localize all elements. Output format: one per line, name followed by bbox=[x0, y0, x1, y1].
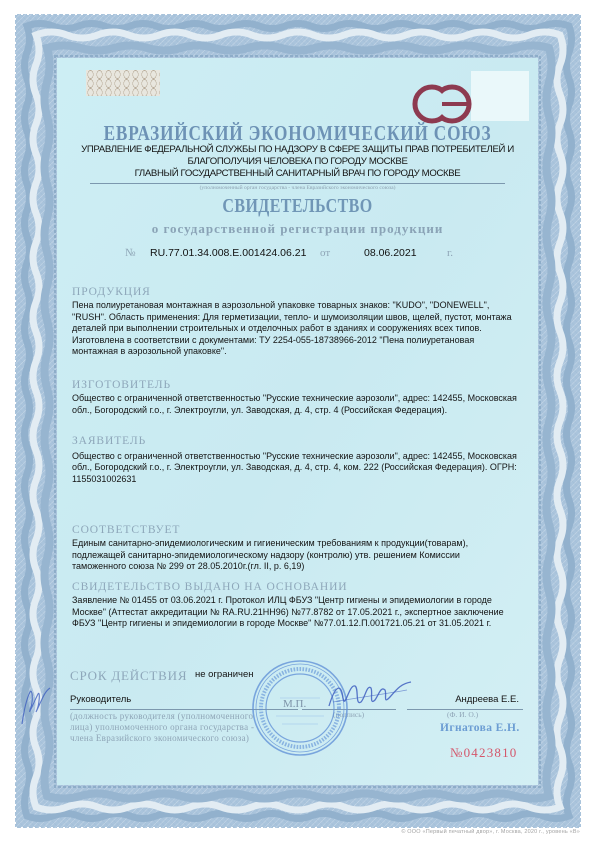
section-manufacturer: ИЗГОТОВИТЕЛЬ Общество с ограниченной отв… bbox=[72, 379, 517, 417]
section-body: Общество с ограниченной ответственностью… bbox=[72, 393, 517, 416]
certificate-page: ЕВРАЗИЙСКИЙ ЭКОНОМИЧЕСКИЙ СОЮЗ УПРАВЛЕНИ… bbox=[0, 0, 596, 842]
authority-caption: (уполномоченный орган государства - член… bbox=[57, 185, 538, 192]
seal-label: М.П. bbox=[283, 698, 306, 711]
section-heading: СВИДЕТЕЛЬСТВО ВЫДАНО НА ОСНОВАНИИ bbox=[72, 581, 504, 594]
authority-line: ГЛАВНЫЙ ГОСУДАРСТВЕННЫЙ САНИТАРНЫЙ ВРАЧ … bbox=[57, 168, 538, 180]
role-caption-line: члена Евразийского экономического союза) bbox=[70, 733, 254, 744]
authority-line: УПРАВЛЕНИЕ ФЕДЕРАЛЬНОЙ СЛУЖБЫ ПО НАДЗОРУ… bbox=[57, 144, 538, 156]
section-body: Единым санитарно-эпидемиологическим и ги… bbox=[72, 538, 468, 573]
text-line: ФБУЗ "Центр гигиены и эпидемиологии в го… bbox=[72, 618, 504, 630]
printer-footer: © ООО «Первый печатный двор», г. Москва,… bbox=[401, 829, 580, 836]
role-caption-line: (должность руководителя (уполномоченного bbox=[70, 711, 254, 722]
stamped-name: Игнатова Е.Н. bbox=[440, 721, 520, 735]
text-line: деталей при выполнении строительных и от… bbox=[72, 323, 512, 335]
section-heading: ЗАЯВИТЕЛЬ bbox=[72, 435, 517, 448]
security-lattice-ornament bbox=[86, 70, 160, 96]
margin-signature-scribble bbox=[16, 680, 52, 728]
authority-name: УПРАВЛЕНИЕ ФЕДЕРАЛЬНОЙ СЛУЖБЫ ПО НАДЗОРУ… bbox=[57, 144, 538, 180]
section-body: Пена полиуретановая монтажная в аэрозоль… bbox=[72, 300, 512, 358]
section-body: Общество с ограниченной ответственностью… bbox=[72, 451, 517, 486]
text-line: Изготовлена в соответствии с документами… bbox=[72, 335, 512, 347]
section-heading: ИЗГОТОВИТЕЛЬ bbox=[72, 379, 517, 392]
role-caption-line: лица) уполномоченного органа государства… bbox=[70, 722, 254, 733]
section-heading: СООТВЕТСТВУЕТ bbox=[72, 524, 468, 537]
hologram-area bbox=[471, 71, 529, 121]
certificate-title: СВИДЕТЕЛЬСТВО bbox=[105, 195, 490, 217]
name-caption: (Ф. И. О.) bbox=[447, 710, 478, 719]
validity-value: не ограничен bbox=[195, 669, 254, 681]
union-title: ЕВРАЗИЙСКИЙ ЭКОНОМИЧЕСКИЙ СОЮЗ bbox=[100, 121, 494, 145]
date-prefix: от bbox=[320, 246, 330, 260]
form-serial-number: №0423810 bbox=[450, 745, 518, 761]
text-line: подлежащей санитарно-эпидемиологическому… bbox=[72, 550, 468, 562]
text-line: таможенного союза № 299 от 28.05.2010г.(… bbox=[72, 561, 468, 573]
text-line: Москве" (Аттестат аккредитации № RA.RU.2… bbox=[72, 607, 504, 619]
section-complies: СООТВЕТСТВУЕТ Единым санитарно-эпидемиол… bbox=[72, 524, 468, 573]
role-caption: (должность руководителя (уполномоченного… bbox=[70, 711, 254, 744]
text-line: монтажная в аэрозольной упаковке". bbox=[72, 346, 512, 358]
authority-line: БЛАГОПОЛУЧИЯ ЧЕЛОВЕКА ПО ГОРОДУ МОСКВЕ bbox=[57, 156, 538, 168]
signatory-role: Руководитель bbox=[70, 694, 131, 706]
number-prefix: № bbox=[125, 246, 136, 260]
certificate-number: RU.77.01.34.008.E.001424.06.21 bbox=[150, 246, 306, 260]
section-body: Заявление № 01455 от 03.06.2021 г. Прото… bbox=[72, 595, 504, 630]
date-suffix: г. bbox=[447, 246, 453, 260]
text-line: 1155031002631 bbox=[72, 474, 517, 486]
certificate-date: 08.06.2021 bbox=[364, 246, 417, 260]
section-heading: ПРОДУКЦИЯ bbox=[72, 286, 512, 299]
validity-label: СРОК ДЕЙСТВИЯ bbox=[70, 668, 187, 683]
section-basis: СВИДЕТЕЛЬСТВО ВЫДАНО НА ОСНОВАНИИ Заявле… bbox=[72, 581, 504, 630]
text-line: Единым санитарно-эпидемиологическим и ги… bbox=[72, 538, 468, 550]
text-line: обл., Богородский г.о., г. Электроугли, … bbox=[72, 462, 517, 474]
section-applicant: ЗАЯВИТЕЛЬ Общество с ограниченной ответс… bbox=[72, 435, 517, 486]
certificate-subtitle: о государственной регистрации продукции bbox=[57, 221, 538, 236]
signatory-name: Андреева Е.Е. bbox=[420, 694, 519, 706]
text-line: обл., Богородский г.о., г. Электроугли, … bbox=[72, 405, 517, 417]
text-line: Пена полиуретановая монтажная в аэрозоль… bbox=[72, 300, 512, 312]
text-line: Общество с ограниченной ответственностью… bbox=[72, 451, 517, 463]
text-line: Общество с ограниченной ответственностью… bbox=[72, 393, 517, 405]
section-product: ПРОДУКЦИЯ Пена полиуретановая монтажная … bbox=[72, 286, 512, 358]
signature-scribble bbox=[325, 676, 415, 716]
text-line: Заявление № 01455 от 03.06.2021 г. Прото… bbox=[72, 595, 504, 607]
text-line: "RUSH". Область применения: Для герметиз… bbox=[72, 312, 512, 324]
